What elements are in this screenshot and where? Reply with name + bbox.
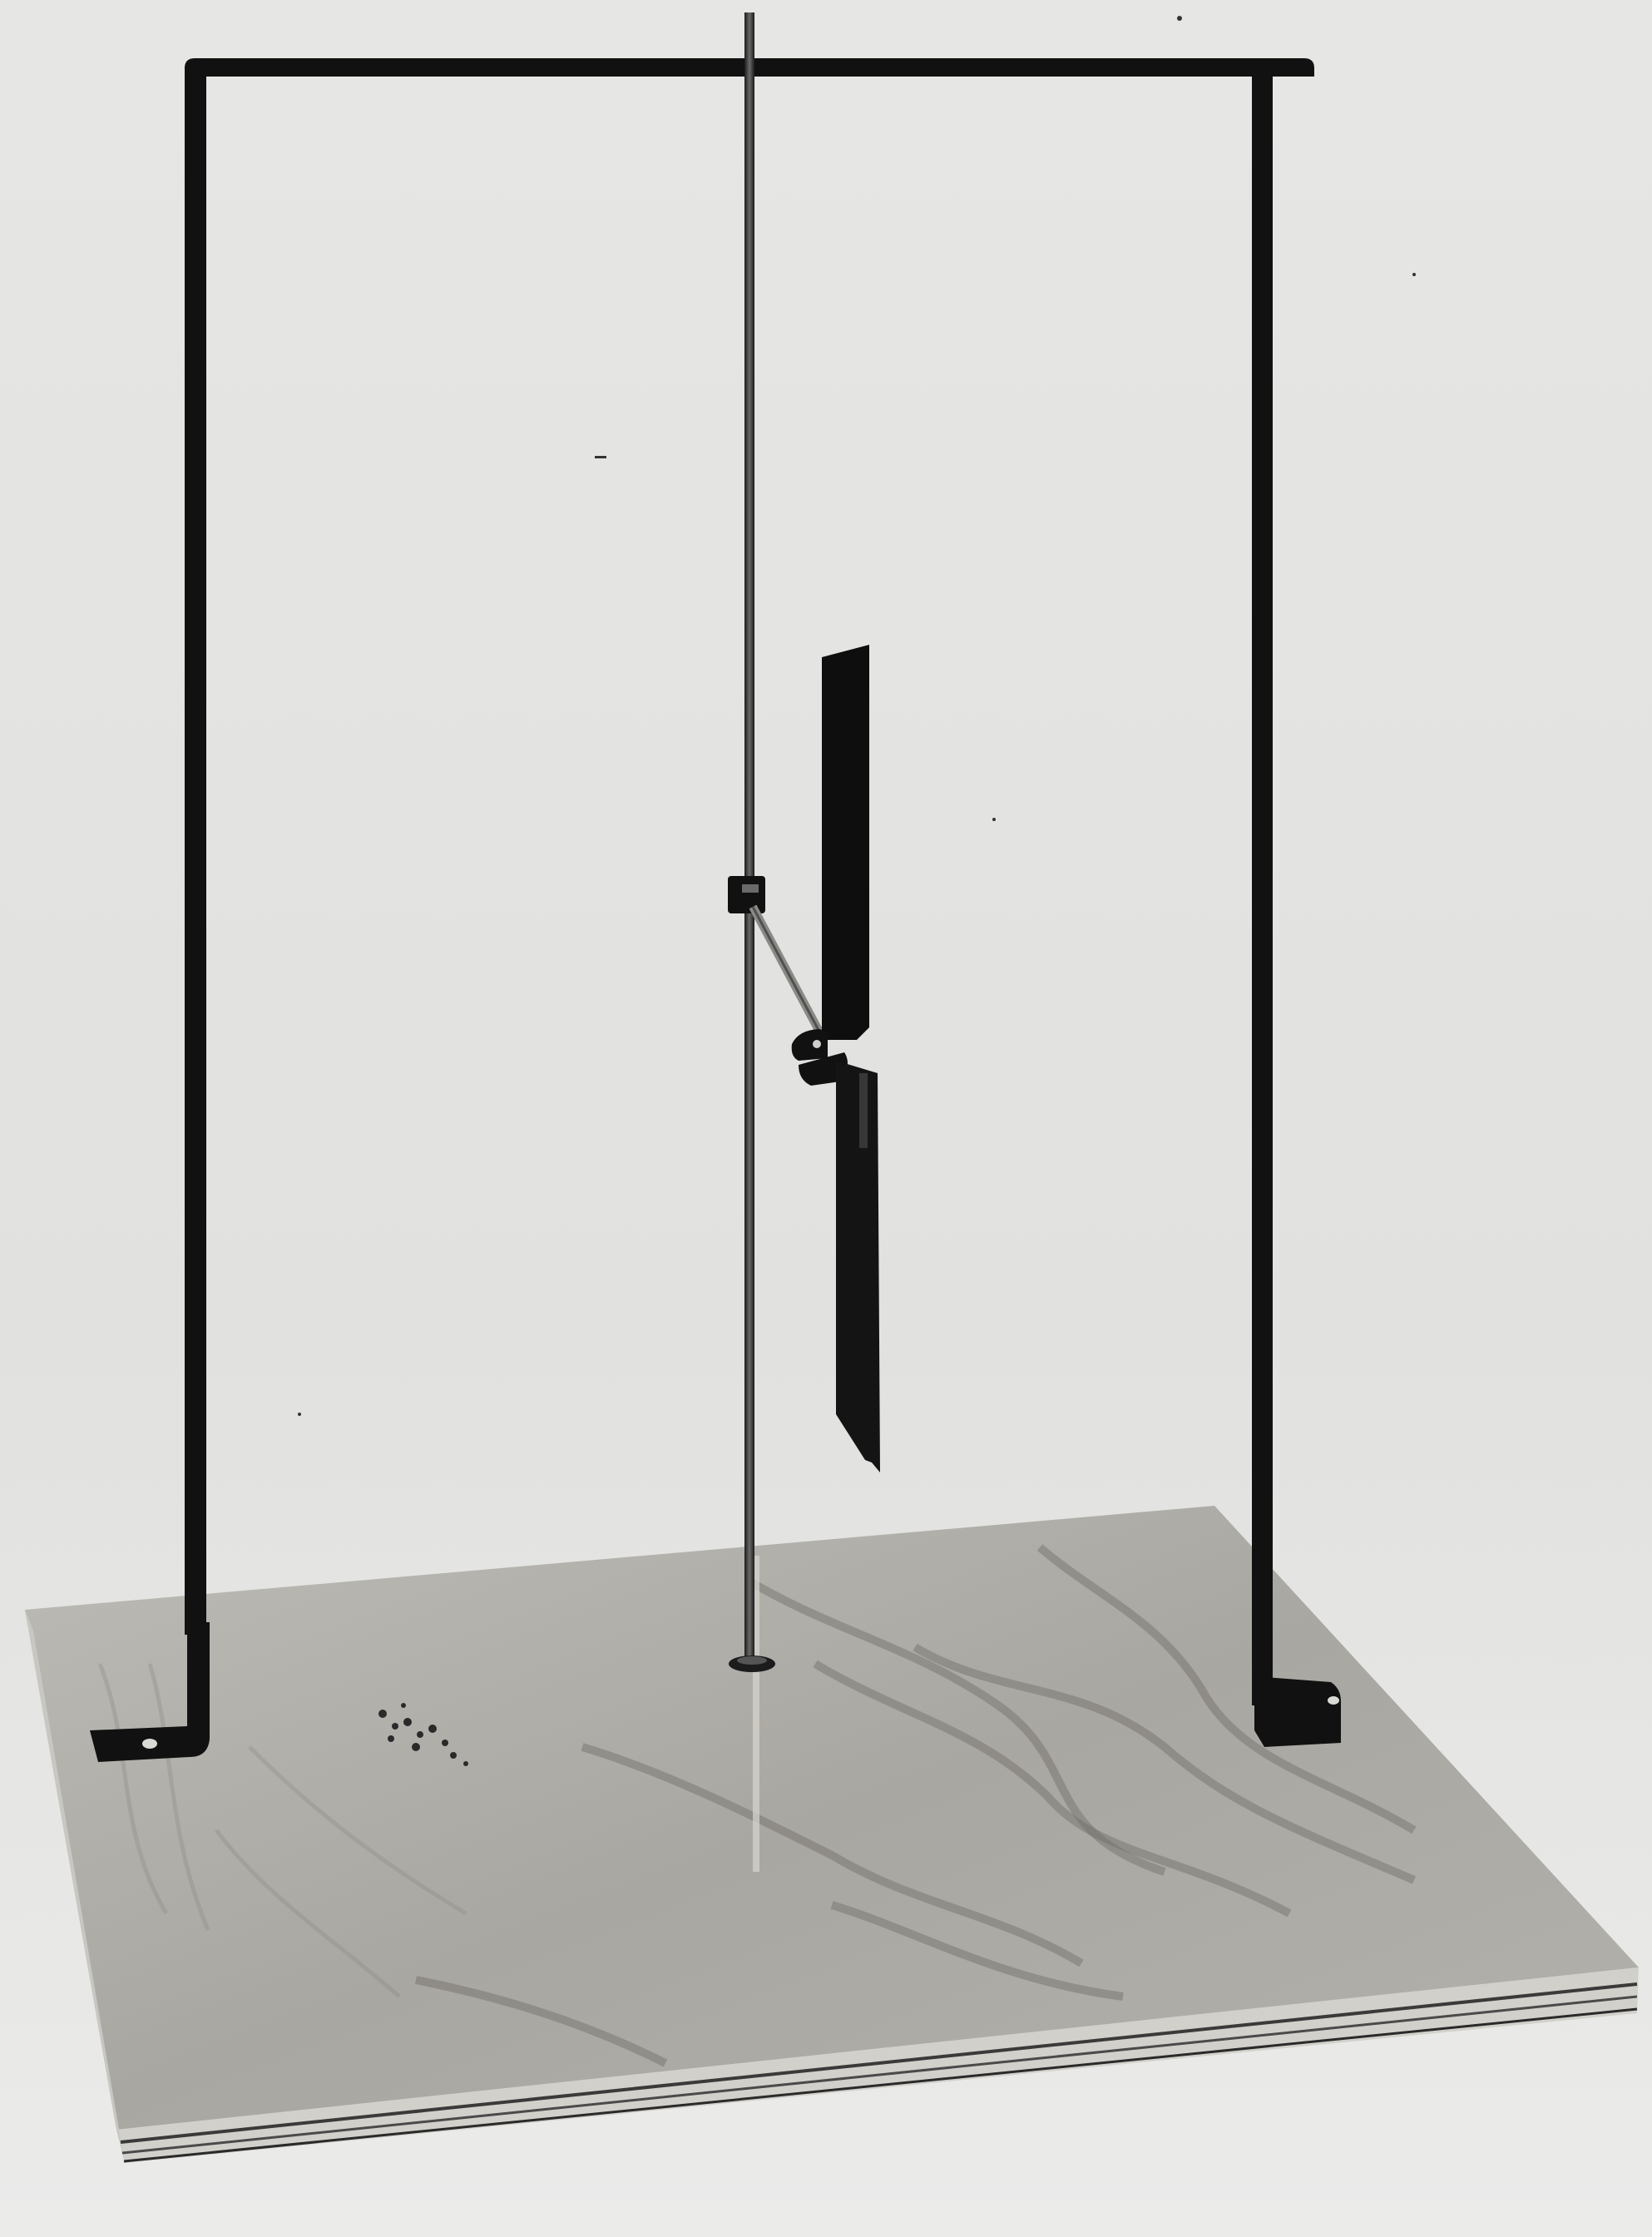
photograph bbox=[0, 0, 1652, 2237]
lower-rotor-blade bbox=[836, 1061, 880, 1472]
slider-collar bbox=[728, 876, 765, 913]
right-foot-bracket bbox=[1254, 1676, 1341, 1747]
upper-rotor-blade bbox=[822, 645, 869, 1040]
